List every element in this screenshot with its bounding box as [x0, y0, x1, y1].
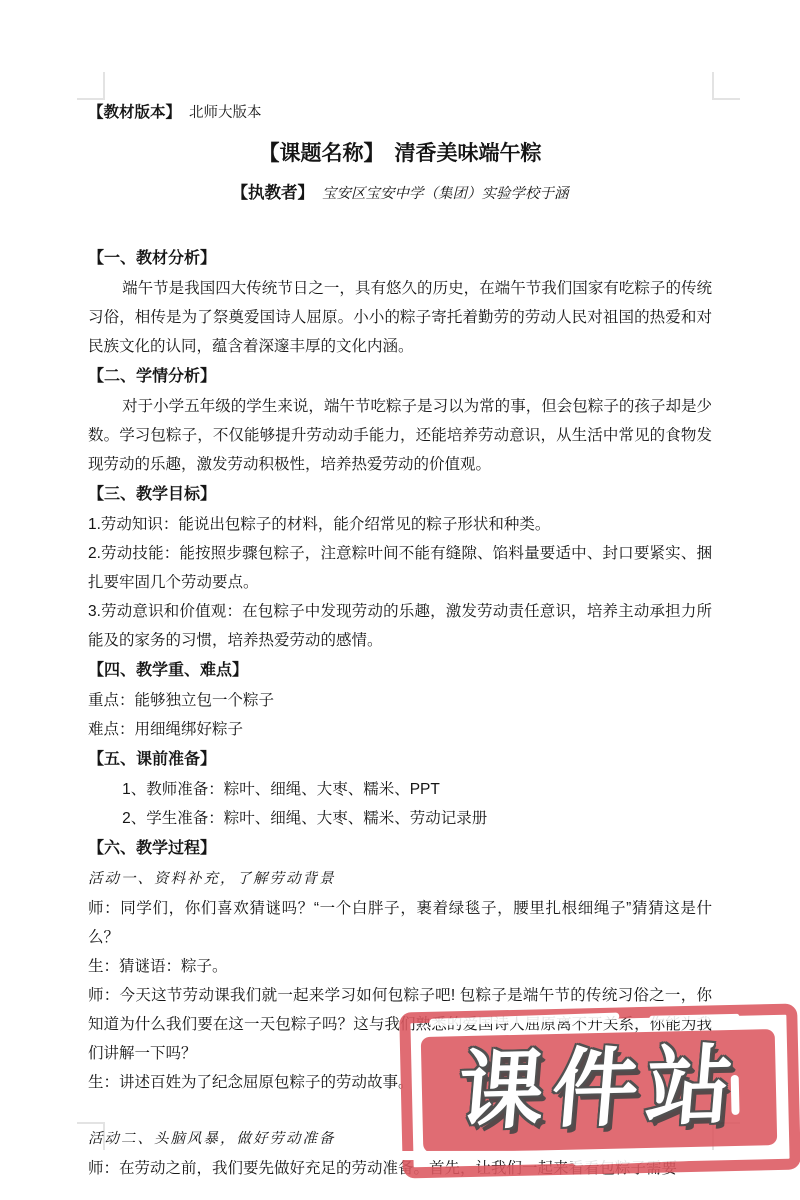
text-boundary-mark-top-right: [712, 72, 740, 100]
textbook-version-label: 【教材版本】: [88, 104, 181, 121]
paragraph: 生：猜谜语：粽子。: [88, 952, 712, 981]
document-blocks: 【一、教材分析】端午节是我国四大传统节日之一，具有悠久的历史，在端午节我们国家有…: [88, 243, 712, 1183]
section-heading: 【五、课前准备】: [88, 744, 712, 775]
paragraph: 对于小学五年级的学生来说，端午节吃粽子是习以为常的事，但会包粽子的孩子却是少数。…: [88, 392, 712, 479]
paragraph: 难点：用细绳绑好粽子: [88, 715, 712, 744]
section-heading: 【二、学情分析】: [88, 361, 712, 392]
text-boundary-mark-bottom-right: [712, 1122, 740, 1150]
teacher-value: 宝安区宝安中学（集团）实验学校于涵: [322, 186, 569, 202]
paragraph: 2.劳动技能：能按照步骤包粽子，注意粽叶间不能有缝隙、馅料量要适中、封口要紧实、…: [88, 539, 712, 597]
text-boundary-mark-top-left: [77, 72, 105, 100]
lesson-title-label: 【课题名称】: [259, 141, 385, 165]
paragraph: 2、学生准备：粽叶、细绳、大枣、糯米、劳动记录册: [88, 804, 712, 833]
paragraph: 师：在劳动之前，我们要先做好充足的劳动准备。首先，让我们一起来看看包粽子需要: [88, 1154, 712, 1183]
lesson-title-line: 【课题名称】清香美味端午粽: [88, 138, 712, 168]
document-page: 【教材版本】北师大版本 【课题名称】清香美味端午粽 【执教者】宝安区宝安中学（集…: [0, 0, 800, 1200]
paragraph: 1、教师准备：粽叶、细绳、大枣、糯米、PPT: [88, 775, 712, 804]
activity-line: 活动一、资料补充，了解劳动背景: [88, 864, 712, 894]
paragraph: 师：今天这节劳动课我们就一起来学习如何包粽子吧! 包粽子是端午节的传统习俗之一，…: [88, 981, 712, 1068]
section-heading: 【四、教学重、难点】: [88, 655, 712, 686]
teacher-line: 【执教者】宝安区宝安中学（集团）实验学校于涵: [88, 181, 712, 206]
section-heading: 【一、教材分析】: [88, 243, 712, 274]
paragraph: 3.劳动意识和价值观：在包粽子中发现劳动的乐趣，激发劳动责任意识，培养主动承担力…: [88, 597, 712, 655]
teacher-label: 【执教者】: [232, 184, 315, 202]
paragraph: 端午节是我国四大传统节日之一，具有悠久的历史，在端午节我们国家有吃粽子的传统习俗…: [88, 274, 712, 361]
document-content: 【教材版本】北师大版本 【课题名称】清香美味端午粽 【执教者】宝安区宝安中学（集…: [88, 101, 712, 1183]
stamp-distress-mark: [731, 1075, 740, 1115]
textbook-version-line: 【教材版本】北师大版本: [88, 101, 712, 125]
textbook-version-value: 北师大版本: [189, 105, 262, 121]
paragraph: 重点：能够独立包一个粽子: [88, 686, 712, 715]
paragraph: 生：讲述百姓为了纪念屈原包粽子的劳动故事。: [88, 1068, 712, 1097]
section-heading: 【三、教学目标】: [88, 479, 712, 510]
paragraph: 1.劳动知识：能说出包粽子的材料，能介绍常见的粽子形状和种类。: [88, 510, 712, 539]
paragraph: 师：同学们，你们喜欢猜谜吗？“一个白胖子，裹着绿毯子，腰里扎根细绳子”猜猜这是什…: [88, 894, 712, 952]
activity-line: 活动二、头脑风暴，做好劳动准备: [88, 1124, 712, 1154]
lesson-title-value: 清香美味端午粽: [395, 141, 542, 165]
section-heading: 【六、教学过程】: [88, 833, 712, 864]
